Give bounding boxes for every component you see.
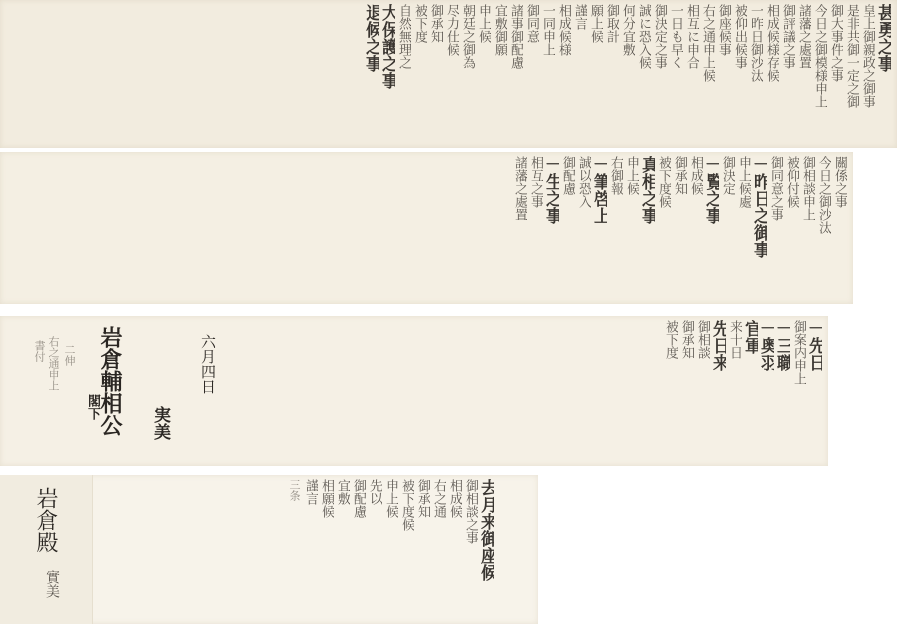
letter-section-1: 甚勇之事 皇上御親政之御事 是非共御一定之御 御大事件之事 今日之御模様申上 諸… xyxy=(0,0,897,148)
text-column: 一昨日御沙汰 xyxy=(748,4,763,144)
text-column: 御相談 xyxy=(695,320,710,462)
text-column: 相成候 xyxy=(447,479,462,620)
text-column: 關係之事 xyxy=(832,156,847,300)
text-column: 尽力仕候 xyxy=(444,4,459,144)
text-column: 御案内申上 xyxy=(791,320,806,462)
text-column: 一昨日之御事 xyxy=(752,156,767,300)
text-column: 申上候 xyxy=(624,156,639,300)
text-column: 御同意之事 xyxy=(768,156,783,300)
text-column: 皇上御親政之御事 xyxy=(860,4,875,144)
text-column: 御承知 xyxy=(679,320,694,462)
postscript: 二伸 xyxy=(62,344,77,366)
text-column: 朝廷之御為 xyxy=(460,4,475,144)
text-column: 大保護之事 xyxy=(380,4,395,144)
text-column: 一先日 xyxy=(807,320,822,462)
text-column: 一奥羽 xyxy=(759,320,774,462)
text-column: 退候之事 xyxy=(364,4,379,144)
text-column: 諸藩之處置 xyxy=(796,4,811,144)
text-column: 去月来御座候 xyxy=(479,479,494,620)
text-column: 一同申上 xyxy=(540,4,555,144)
text-column: 宜敷 xyxy=(335,479,350,620)
text-column: 御大事件之事 xyxy=(828,4,843,144)
text-column: 先以 xyxy=(367,479,382,620)
text-column: 御座候事 xyxy=(716,4,731,144)
date: 六月四日 xyxy=(198,334,219,394)
text-column: 御配慮 xyxy=(351,479,366,620)
text-column: 被仰付候 xyxy=(784,156,799,300)
text-column: 相願候 xyxy=(319,479,334,620)
text-column: 三条 xyxy=(287,479,302,620)
text-column: 御相談申上 xyxy=(800,156,815,300)
text-column: 被下度 xyxy=(412,4,427,144)
text-column: 自然無理之 xyxy=(396,4,411,144)
letter-section-3: 一先日 御案内申上 一三職 一奥羽 官軍 来十日 先日来 御相談 御承知 被下度… xyxy=(0,316,828,466)
text-column: 御取計 xyxy=(604,4,619,144)
text-column: 申上候 xyxy=(476,4,491,144)
text-column: 申上候處 xyxy=(736,156,751,300)
postscript: 書付 xyxy=(32,340,47,362)
text-columns: 一先日 御案内申上 一三職 一奥羽 官軍 来十日 先日来 御相談 御承知 被下度 xyxy=(300,320,822,462)
text-column: 被下度 xyxy=(663,320,678,462)
text-column: 一三職 xyxy=(775,320,790,462)
text-column: 真相之事 xyxy=(640,156,655,300)
text-column: 御決定之事 xyxy=(652,4,667,144)
text-column: 相互之事 xyxy=(528,156,543,300)
text-column: 申上候 xyxy=(383,479,398,620)
text-column: 何分宜敷 xyxy=(620,4,635,144)
text-column: 謹言 xyxy=(303,479,318,620)
text-column: 甚勇之事 xyxy=(876,4,891,144)
text-column: 被仰出候事 xyxy=(732,4,747,144)
text-column: 先日来 xyxy=(711,320,726,462)
text-columns: 甚勇之事 皇上御親政之御事 是非共御一定之御 御大事件之事 今日之御模様申上 諸… xyxy=(6,4,891,144)
text-column: 相成候様 xyxy=(556,4,571,144)
text-column: 一覧之事 xyxy=(704,156,719,300)
text-column: 謹言 xyxy=(572,4,587,144)
text-column: 御決定 xyxy=(720,156,735,300)
text-column: 一日も早く xyxy=(668,4,683,144)
text-column: 被下度候 xyxy=(656,156,671,300)
text-column: 右御報 xyxy=(608,156,623,300)
text-columns: 關係之事 今日之御沙汰 御相談申上 被仰付候 御同意之事 一昨日之御事 申上候處… xyxy=(6,156,847,300)
letter-section-4: 岩倉殿 實美 去月来御座候 御相談之事 相成候 右之通 御承知 被下度候 申上候… xyxy=(0,475,538,624)
text-column: 被下度候 xyxy=(399,479,414,620)
text-column: 御承知 xyxy=(428,4,443,144)
text-column: 官軍 xyxy=(743,320,758,462)
text-column: 諸藩之處置 xyxy=(512,156,527,300)
text-column: 御同意 xyxy=(524,4,539,144)
text-column: 御承知 xyxy=(672,156,687,300)
text-column: 来十日 xyxy=(727,320,742,462)
addressee: 岩倉殿 xyxy=(30,487,61,553)
text-column: 今日之御沙汰 xyxy=(816,156,831,300)
text-column: 今日之御模様申上 xyxy=(812,4,827,144)
text-column: 右之通 xyxy=(431,479,446,620)
text-column: 御評議之事 xyxy=(780,4,795,144)
honorific: 閣下 xyxy=(83,394,102,420)
text-column: 誠以恐入 xyxy=(576,156,591,300)
text-column: 一生之事 xyxy=(544,156,559,300)
text-column: 相成候 xyxy=(688,156,703,300)
text-column: 誠に恐入候 xyxy=(636,4,651,144)
postscript: 右之通申上 xyxy=(46,336,61,391)
signature: 實美 xyxy=(42,570,62,598)
text-column: 一筆啓上 xyxy=(592,156,607,300)
text-column: 相互に申合 xyxy=(684,4,699,144)
text-column: 御配慮 xyxy=(560,156,575,300)
letter-section-2: 關係之事 今日之御沙汰 御相談申上 被仰付候 御同意之事 一昨日之御事 申上候處… xyxy=(0,152,853,304)
text-column: 相成候様存候 xyxy=(764,4,779,144)
text-columns: 去月来御座候 御相談之事 相成候 右之通 御承知 被下度候 申上候 先以 御配慮… xyxy=(108,479,494,620)
text-column: 右之通申上候 xyxy=(700,4,715,144)
text-column: 宜敷御願 xyxy=(492,4,507,144)
text-column: 御相談之事 xyxy=(463,479,478,620)
text-column: 御承知 xyxy=(415,479,430,620)
signature: 実美 xyxy=(148,406,173,440)
text-column: 是非共御一定之御 xyxy=(844,4,859,144)
text-column: 諸事御配慮 xyxy=(508,4,523,144)
text-column: 願上候 xyxy=(588,4,603,144)
